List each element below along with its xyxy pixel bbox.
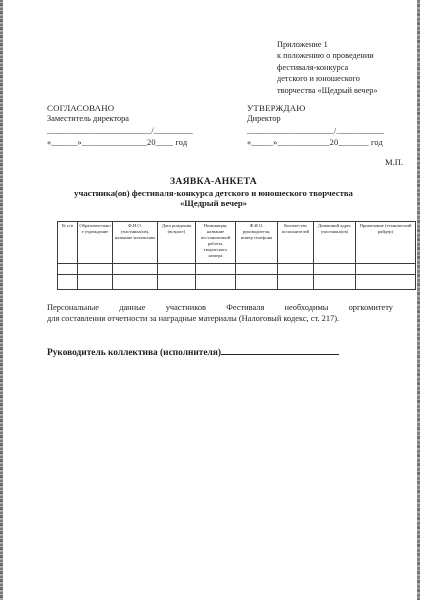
- table-cell: [158, 264, 196, 275]
- approval-role: Директор: [247, 114, 422, 123]
- personal-data-note: Персональные данные участников Фестиваля…: [47, 303, 393, 324]
- approval-block-approved: УТВЕРЖДАЮ Директор ____________________/…: [247, 103, 422, 147]
- table-cell: [78, 264, 113, 275]
- table-cell: [58, 264, 78, 275]
- table-cell: [196, 264, 236, 275]
- title-line: участника(ов) фестиваля-конкурса детског…: [27, 188, 400, 198]
- table-header-cell: Дата рождения (возраст): [158, 222, 196, 264]
- scan-edge-left: [0, 0, 3, 600]
- approval-title: УТВЕРЖДАЮ: [247, 103, 422, 113]
- table-header-cell: № п/п: [58, 222, 78, 264]
- leader-label: Руководитель коллектива (исполнителя): [47, 348, 221, 358]
- table-cell: [314, 264, 356, 275]
- table-header-cell: Номинация, название постановочной работы…: [196, 222, 236, 264]
- signature-line: ________________________/_________: [47, 126, 237, 135]
- table-cell: [236, 264, 278, 275]
- table-header-row: № п/п Образовательное учреждение Ф.И.О. …: [58, 222, 416, 264]
- appendix-line: детского и юношеского: [277, 73, 425, 84]
- approval-role: Заместитель директора: [47, 114, 237, 123]
- appendix-block: Приложение 1 к положению о проведении фе…: [277, 39, 425, 96]
- table-cell: [113, 275, 158, 290]
- table-cell: [278, 275, 314, 290]
- application-table: № п/п Образовательное учреждение Ф.И.О. …: [57, 221, 416, 290]
- date-line: «______»_______________20____ год: [47, 138, 237, 147]
- scanned-document-page: Приложение 1 к положению о проведении фе…: [0, 0, 427, 600]
- table-cell: [278, 264, 314, 275]
- note-line: Персональные данные участников Фестиваля…: [47, 303, 393, 314]
- signature-line: ____________________/___________: [247, 126, 422, 135]
- table-cell: [196, 275, 236, 290]
- table-cell: [356, 264, 416, 275]
- approval-title: СОГЛАСОВАНО: [47, 103, 237, 113]
- title-line: ЗАЯВКА-АНКЕТА: [27, 176, 400, 187]
- table-row: [58, 264, 416, 275]
- date-line: «_____»____________20_______ год: [247, 138, 422, 147]
- appendix-line: фестиваля-конкурса: [277, 62, 425, 73]
- leader-signature-row: Руководитель коллектива (исполнителя): [47, 344, 339, 358]
- appendix-line: Приложение 1: [277, 39, 425, 50]
- signature-blank-line: [221, 344, 339, 355]
- table-cell: [236, 275, 278, 290]
- appendix-line: к положению о проведении: [277, 50, 425, 61]
- table-cell: [78, 275, 113, 290]
- table-row: [58, 275, 416, 290]
- table-header-cell: Количество исполнителей: [278, 222, 314, 264]
- note-line: для составления отчетности за наградные …: [47, 314, 393, 325]
- table-header-cell: Ф.И.О. руководителя, номер телефона: [236, 222, 278, 264]
- stamp-placeholder: М.П.: [385, 157, 403, 167]
- table-header-cell: Образовательное учреждение: [78, 222, 113, 264]
- table-cell: [356, 275, 416, 290]
- table-cell: [314, 275, 356, 290]
- approval-block-agreed: СОГЛАСОВАНО Заместитель директора ______…: [47, 103, 237, 147]
- table-cell: [158, 275, 196, 290]
- table-cell: [58, 275, 78, 290]
- title-line: «Щедрый вечер»: [27, 198, 400, 208]
- document-title: ЗАЯВКА-АНКЕТА участника(ов) фестиваля-ко…: [27, 176, 400, 208]
- table-header-cell: Домашний адрес участника(ов): [314, 222, 356, 264]
- appendix-line: творчества «Щедрый вечер»: [277, 85, 425, 96]
- table-cell: [113, 264, 158, 275]
- table-header-cell: Ф.И.О. участника(ов), название коллектив…: [113, 222, 158, 264]
- table-header-cell: Примечание (технический райдер): [356, 222, 416, 264]
